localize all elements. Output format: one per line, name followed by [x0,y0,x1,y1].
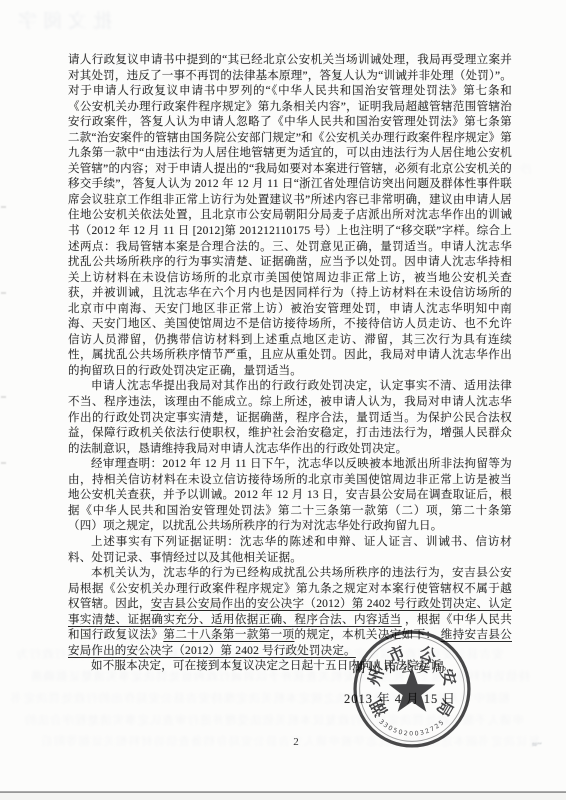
scanned-document-page: 批文阅字 安吉县公安局行政复议决定书沈志华扰乱公共场所秩序信访材料处罚决定维持原… [0,0,566,800]
paragraph-reply-continued: 请人行政复议申请书中提到的“其已经北京公安机关当场训诫处理，我局再受理立案并对其… [68,53,512,379]
seal-char: 公 [416,643,439,666]
decision-segment-underlined: 第二十八条第一款第一项 [163,629,294,641]
page-number: 2 [0,736,566,748]
paragraph-findings: 经审理查明：2012 年 12 月 11 日下午，沈志华以反映被本地派出所非法拘… [68,457,512,535]
document-body: 请人行政复议申请书中提到的“其已经北京公安机关当场训诫处理，我局再受理立案并对其… [68,53,512,675]
scan-edge-smudge [1,462,6,464]
star-icon [389,668,435,712]
scan-edge-smudge [1,396,6,398]
official-seal-stamp: 湖 州 市 公 安 局 3305020032725 [351,628,473,750]
paragraph-respondent-conclusion: 申请人沈志华提出我局对其作出的行政行政处罚决定，认定事实不清、适用法律不当、程序… [68,379,512,457]
scan-edge-smudge [1,206,6,208]
seal-char: 安 [437,667,460,689]
seal-serial-number: 3305020032725 [377,718,446,737]
seal-char: 湖 [367,696,391,720]
seal-char: 州 [365,667,387,688]
paragraph-evidence: 上述事实有下列证据证明：沈志华的陈述和申辩、证人证言、训诫书、信访材料、处罚记录… [68,535,512,566]
seal-char: 局 [433,696,457,719]
scan-edge-smudge [1,292,6,294]
bleed-through-mark-top-left: 批文阅字 [12,6,112,33]
scan-bottom-margin [0,793,566,800]
pen-squiggle-mark: ≈~ [531,738,542,749]
seal-char: 市 [385,642,408,666]
